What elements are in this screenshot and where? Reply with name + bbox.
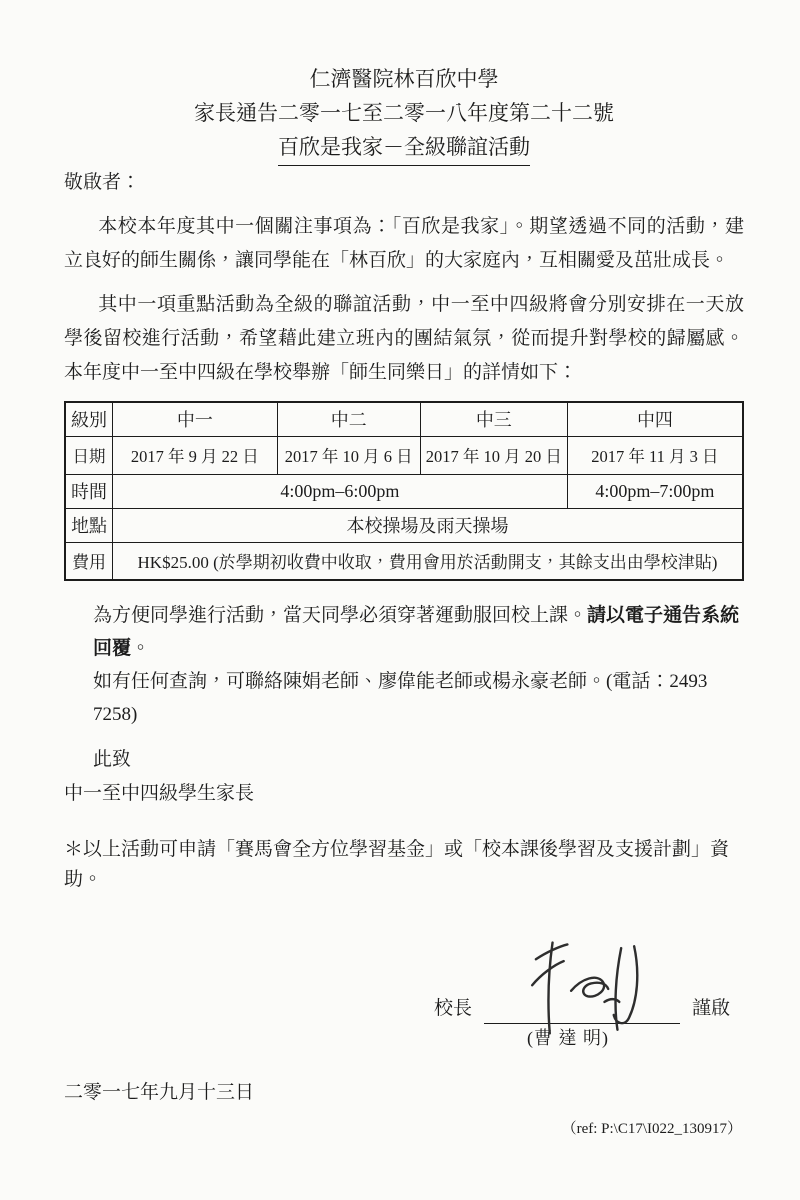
level-f4-cell: 中四 (567, 402, 743, 436)
schedule-table: 級別 中一 中二 中三 中四 日期 2017 年 9 月 22 日 2017 年… (64, 401, 744, 581)
signature-area: 校長 謹啟 (曹 達 明) (64, 993, 730, 1052)
document-header: 仁濟醫院林百欣中學 家長通告二零一七至二零一八年度第二十二號 百欣是我家－全級聯… (64, 62, 744, 166)
principal-label: 校長 (434, 994, 472, 1024)
reminder-period: 。 (131, 638, 150, 659)
closing-phrase: 此致 (64, 745, 744, 775)
notice-subject-text: 百欣是我家－全級聯誼活動 (278, 130, 530, 166)
level-label-cell: 級別 (65, 402, 112, 436)
notice-subject: 百欣是我家－全級聯誼活動 (64, 130, 744, 166)
fee-cell: HK$25.00 (於學期初收費中收取，費用會用於活動開支，其餘支出由學校津貼) (112, 542, 743, 580)
date-f4-cell: 2017 年 11 月 3 日 (567, 436, 743, 474)
table-row-fee: 費用 HK$25.00 (於學期初收費中收取，費用會用於活動開支，其餘支出由學校… (65, 542, 743, 580)
table-row-level: 級別 中一 中二 中三 中四 (65, 402, 743, 436)
date-label-cell: 日期 (65, 436, 112, 474)
notice-document: 仁濟醫院林百欣中學 家長通告二零一七至二零一八年度第二十二號 百欣是我家－全級聯… (0, 0, 800, 1200)
date-f2-cell: 2017 年 10 月 6 日 (277, 436, 420, 474)
reminder-text: 為方便同學進行活動，當天同學必須穿著運動服回校上課。 (93, 605, 587, 626)
level-f2-cell: 中二 (277, 402, 420, 436)
recipients: 中一至中四級學生家長 (64, 779, 744, 809)
paragraph-activity-details: 其中一項重點活動為全級的聯誼活動，中一至中四級將會分別安排在一天放學後留校進行活… (64, 288, 744, 390)
time-f1-f3-cell: 4:00pm–6:00pm (112, 474, 567, 508)
signature-row: 校長 謹啟 (64, 993, 730, 1024)
principal-signature-icon (506, 937, 664, 1039)
salutation: 敬啟者： (64, 168, 744, 198)
respectfully-label: 謹啟 (692, 994, 730, 1024)
enquiry-line: 如有任何查詢，可聯絡陳娟老師、廖偉能老師或楊永豪老師。(電話：2493 7258… (93, 665, 744, 731)
reminder-line-1: 為方便同學進行活動，當天同學必須穿著運動服回校上課。請以電子通告系統回覆。 (93, 599, 744, 665)
signature-line (484, 993, 680, 1024)
time-label-cell: 時間 (65, 474, 112, 508)
school-name: 仁濟醫院林百欣中學 (64, 62, 744, 96)
funding-footnote: ＊以上活動可申請「賽馬會全方位學習基金」或「校本課後學習及支援計劃」資助。 (64, 835, 744, 895)
reference-number: （ref: P:\C17\I022_130917） (64, 1118, 744, 1140)
time-f4-cell: 4:00pm–7:00pm (567, 474, 743, 508)
reminder-block: 為方便同學進行活動，當天同學必須穿著運動服回校上課。請以電子通告系統回覆。 如有… (64, 599, 744, 731)
table-row-date: 日期 2017 年 9 月 22 日 2017 年 10 月 6 日 2017 … (65, 436, 743, 474)
venue-label-cell: 地點 (65, 508, 112, 542)
venue-cell: 本校操場及雨天操場 (112, 508, 743, 542)
issue-date: 二零一七年九月十三日 (64, 1078, 744, 1108)
fee-label-cell: 費用 (65, 542, 112, 580)
date-f1-cell: 2017 年 9 月 22 日 (112, 436, 277, 474)
notice-number: 家長通告二零一七至二零一八年度第二十二號 (64, 96, 744, 130)
paragraph-intro: 本校本年度其中一個關注事項為：「百欣是我家」。期望透過不同的活動，建立良好的師生… (64, 210, 744, 278)
date-f3-cell: 2017 年 10 月 20 日 (420, 436, 567, 474)
table-row-time: 時間 4:00pm–6:00pm 4:00pm–7:00pm (65, 474, 743, 508)
table-row-venue: 地點 本校操場及雨天操場 (65, 508, 743, 542)
level-f3-cell: 中三 (420, 402, 567, 436)
level-f1-cell: 中一 (112, 402, 277, 436)
